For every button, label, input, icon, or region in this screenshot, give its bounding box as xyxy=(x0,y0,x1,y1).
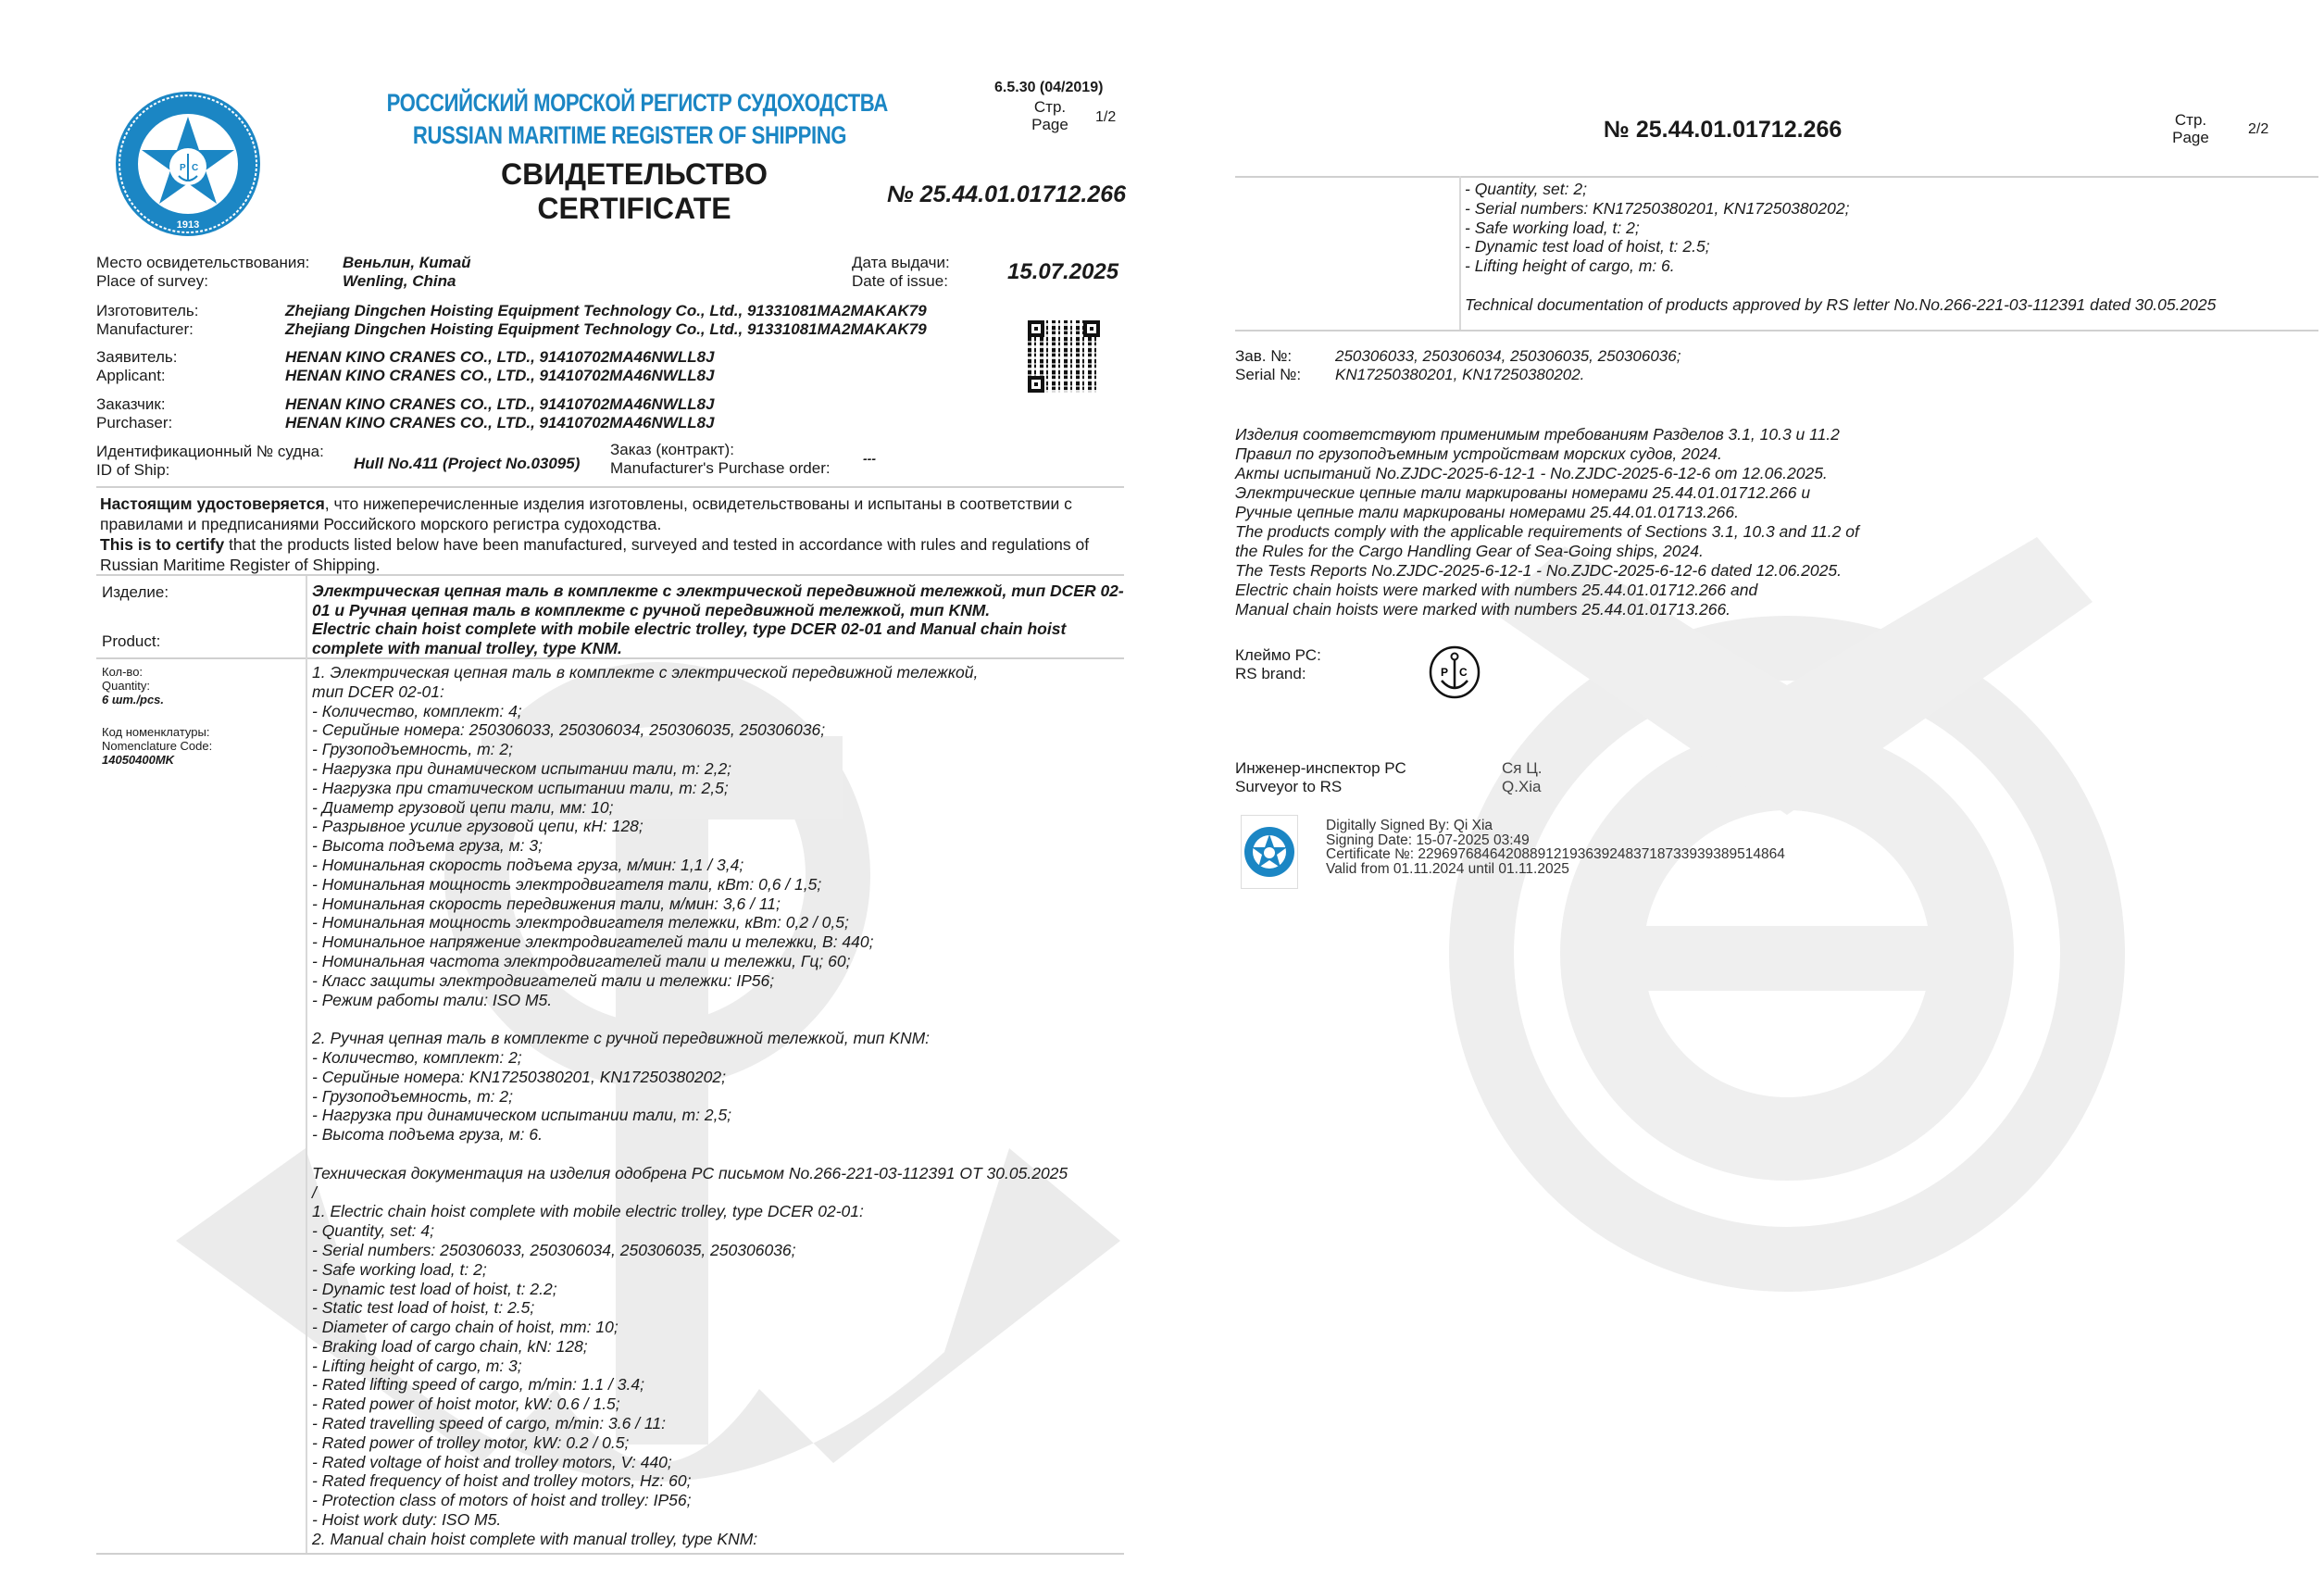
product-label-ru: Изделие: xyxy=(102,583,169,602)
list-item: - Protection class of motors of hoist an… xyxy=(312,1491,1068,1510)
list-item: - Нагрузка при динамическом испытании та… xyxy=(312,759,1068,779)
rs-logo-icon: Р С 1913 xyxy=(113,89,263,239)
doc-title-ru: СВИДЕТЕЛЬСТВО xyxy=(449,157,819,192)
list-item: - Quantity, set: 4; xyxy=(312,1221,1068,1241)
page-label-2: Стр. Page xyxy=(2163,111,2218,146)
product-details-list-page-2: - Quantity, set: 2;- Serial numbers: KN1… xyxy=(1465,180,2216,315)
list-item: - Класс защиты электродвигателей тали и … xyxy=(312,971,1068,991)
certify-statement: Настоящим удостоверяется, что нижеперечи… xyxy=(100,494,1118,575)
list-item: - Serial numbers: 250306033, 250306034, … xyxy=(312,1241,1068,1260)
logo-watermark xyxy=(1389,519,2148,1296)
rs-brand-stamp-icon: Р С xyxy=(1428,645,1481,699)
list-item: - Номинальная мощность электродвигателя … xyxy=(312,875,1068,894)
applicant-value: HENAN KINO CRANES CO., LTD., 91410702MA4… xyxy=(285,348,715,385)
list-item: - Номинальная скорость подъема груза, м/… xyxy=(312,856,1068,875)
list-item: - Количество, комплект: 4; xyxy=(312,702,1068,721)
purchase-order-value: --- xyxy=(863,449,876,468)
serial-value: 250306033, 250306034, 250306035, 2503060… xyxy=(1335,347,1681,384)
list-item: - Грузоподъемность, т: 2; xyxy=(312,740,1068,759)
list-item: - Номинальная скорость передвижения тали… xyxy=(312,894,1068,914)
quantity-value: 6 шт./pcs. xyxy=(102,693,212,707)
rs-brand-label: Клеймо РС:RS brand: xyxy=(1235,646,1321,683)
purchase-order-label: Заказ (контракт):Manufacturer's Purchase… xyxy=(610,441,831,478)
list-item: - Высота подъема груза, м: 3; xyxy=(312,836,1068,856)
ship-id-value: Hull No.411 (Project No.03095) xyxy=(354,455,580,473)
page-label-ru: Стр. xyxy=(1022,98,1078,116)
list-item: - Режим работы тали: ISO M5. xyxy=(312,991,1068,1010)
list-item: - Номинальная частота электродвигателей … xyxy=(312,952,1068,971)
divider xyxy=(96,486,1124,488)
doc-title-en: CERTIFICATE xyxy=(449,192,819,226)
quantity-block: Кол-во: Quantity: 6 шт./pcs. Код номенкл… xyxy=(102,665,212,767)
list-item: - Quantity, set: 2; xyxy=(1465,180,2216,199)
column-divider xyxy=(306,576,307,1553)
svg-text:Р: Р xyxy=(180,163,186,173)
certificate-number: № 25.44.01.01712.266 xyxy=(887,181,1126,208)
nomenclature-label-ru: Код номенклатуры: xyxy=(102,725,212,739)
list-item: - Rated frequency of hoist and trolley m… xyxy=(312,1471,1068,1491)
list-item xyxy=(1465,276,2216,295)
list-item: 2. Manual chain hoist complete with manu… xyxy=(312,1530,1068,1549)
list-item: Ручные цепные тали маркированы номерами … xyxy=(1235,503,1859,522)
divider xyxy=(96,574,1124,576)
manufacturer-value: Zhejiang Dingchen Hoisting Equipment Tec… xyxy=(285,302,927,339)
page-label-en: Page xyxy=(1022,116,1078,133)
list-item: Акты испытаний No.ZJDC-2025-6-12-1 - No.… xyxy=(1235,464,1859,483)
list-item: - Dynamic test load of hoist, t: 2.2; xyxy=(312,1280,1068,1299)
list-item: - Нагрузка при статическом испытании тал… xyxy=(312,779,1068,798)
nomenclature-label-en: Nomenclature Code: xyxy=(102,739,212,753)
list-item: - Разрывное усилие грузовой цепи, кН: 12… xyxy=(312,817,1068,836)
list-item: - Rated lifting speed of cargo, m/min: 1… xyxy=(312,1375,1068,1395)
org-name-ru: РОССИЙСКИЙ МОРСКОЙ РЕГИСТР СУДОХОДСТВА xyxy=(387,89,873,118)
list-item: - Номинальная мощность электродвигателя … xyxy=(312,913,1068,932)
compliance-statement: Изделия соответствуют применимым требова… xyxy=(1235,425,1859,619)
list-item: Technical documentation of products appr… xyxy=(1465,295,2216,315)
surveyor-label: Инженер-инспектор РСSurveyor to RS xyxy=(1235,759,1406,796)
list-item: / xyxy=(312,1183,1068,1203)
divider xyxy=(1235,176,2318,178)
list-item: - Serial numbers: KN17250380201, KN17250… xyxy=(1465,199,2216,219)
divider xyxy=(96,657,1124,659)
purchaser-value: HENAN KINO CRANES CO., LTD., 91410702MA4… xyxy=(285,395,715,432)
quantity-label-ru: Кол-во: xyxy=(102,665,212,679)
list-item: - Braking load of cargo chain, kN: 128; xyxy=(312,1337,1068,1357)
list-item: - Dynamic test load of hoist, t: 2.5; xyxy=(1465,237,2216,256)
list-item: - Rated voltage of hoist and trolley mot… xyxy=(312,1453,1068,1472)
list-item: - Hoist work duty: ISO M5. xyxy=(312,1510,1068,1530)
list-item: - Lifting height of cargo, m: 3; xyxy=(312,1357,1068,1376)
list-item: - Rated power of hoist motor, kW: 0.6 / … xyxy=(312,1395,1068,1414)
list-item: Правил по грузоподъемным устройствам мор… xyxy=(1235,444,1859,464)
list-item: 1. Электрическая цепная таль в комплекте… xyxy=(312,663,1068,682)
list-item xyxy=(312,1009,1068,1029)
applicant-label: Заявитель:Applicant: xyxy=(96,348,177,385)
list-item: - Lifting height of cargo, m: 6. xyxy=(1465,256,2216,276)
nomenclature-value: 14050400MK xyxy=(102,753,212,767)
product-label-en: Product: xyxy=(102,632,160,651)
serial-label: Зав. №:Serial №: xyxy=(1235,347,1301,384)
org-name-en: RUSSIAN MARITIME REGISTER OF SHIPPING xyxy=(387,121,873,150)
svg-text:С: С xyxy=(192,163,198,173)
list-item: - Нагрузка при динамическом испытании та… xyxy=(312,1106,1068,1125)
product-details-list: 1. Электрическая цепная таль в комплекте… xyxy=(312,663,1068,1549)
list-item: - Safe working load, t: 2; xyxy=(1465,219,2216,238)
list-item: Manual chain hoists were marked with num… xyxy=(1235,600,1859,619)
date-of-issue-label: Дата выдачи:Date of issue: xyxy=(852,254,950,291)
page-number: 1/2 xyxy=(1095,109,1116,126)
place-of-survey-label: Место освидетельствования:Place of surve… xyxy=(96,254,309,291)
list-item: Electric chain hoists were marked with n… xyxy=(1235,581,1859,600)
rs-seal-icon xyxy=(1241,815,1298,889)
ship-id-label: Идентификационный № судна:ID of Ship: xyxy=(96,443,324,480)
surveyor-name: Ся Ц.Q.Xia xyxy=(1502,759,1543,796)
list-item: - Высота подъема груза, м: 6. xyxy=(312,1125,1068,1144)
list-item: - Диаметр грузовой цепи тали, мм: 10; xyxy=(312,798,1068,818)
list-item: The products comply with the applicable … xyxy=(1235,522,1859,542)
list-item: - Diameter of cargo chain of hoist, mm: … xyxy=(312,1318,1068,1337)
list-item: 2. Ручная цепная таль в комплекте с ручн… xyxy=(312,1029,1068,1048)
form-code: 6.5.30 (04/2019) xyxy=(994,80,1103,96)
list-item: - Rated travelling speed of cargo, m/min… xyxy=(312,1414,1068,1433)
divider xyxy=(1235,330,2318,331)
divider xyxy=(96,1553,1124,1555)
list-item: Техническая документация на изделия одоб… xyxy=(312,1164,1068,1183)
svg-text:1913: 1913 xyxy=(177,219,199,231)
certificate-number-page-2: № 25.44.01.01712.266 xyxy=(1604,117,1842,144)
list-item: The Tests Reports No.ZJDC-2025-6-12-1 - … xyxy=(1235,561,1859,581)
signature-details: Digitally Signed By: Qi Xia Signing Date… xyxy=(1326,819,1785,876)
list-item: the Rules for the Cargo Handling Gear of… xyxy=(1235,542,1859,561)
page-label: Стр. Page xyxy=(1022,98,1078,133)
list-item: 1. Electric chain hoist complete with mo… xyxy=(312,1202,1068,1221)
list-item: - Серийные номера: KN17250380201, KN1725… xyxy=(312,1068,1068,1087)
list-item: Изделия соответствуют применимым требова… xyxy=(1235,425,1859,444)
place-of-survey-value: Веньлин, КитайWenling, China xyxy=(343,254,471,291)
product-value: Электрическая цепная таль в комплекте с … xyxy=(312,582,1127,657)
list-item: Электрические цепные тали маркированы но… xyxy=(1235,483,1859,503)
list-item: - Серийные номера: 250306033, 250306034,… xyxy=(312,720,1068,740)
list-item xyxy=(312,1144,1068,1164)
list-item: - Rated power of trolley motor, kW: 0.2 … xyxy=(312,1433,1068,1453)
column-divider xyxy=(1459,176,1461,331)
svg-text:Р: Р xyxy=(1441,666,1448,679)
list-item: - Safe working load, t: 2; xyxy=(312,1260,1068,1280)
quantity-label-en: Quantity: xyxy=(102,679,212,693)
manufacturer-label: Изготовитель:Manufacturer: xyxy=(96,302,198,339)
svg-text:С: С xyxy=(1459,666,1468,679)
list-item: - Грузоподъемность, т: 2; xyxy=(312,1087,1068,1107)
list-item: - Номинальное напряжение электродвигател… xyxy=(312,932,1068,952)
page-number-2: 2/2 xyxy=(2248,121,2268,138)
list-item: - Static test load of hoist, t: 2.5; xyxy=(312,1298,1068,1318)
qr-code[interactable] xyxy=(1028,320,1100,393)
date-of-issue-value: 15.07.2025 xyxy=(1007,259,1118,285)
purchaser-label: Заказчик:Purchaser: xyxy=(96,395,172,432)
list-item: - Количество, комплект: 2; xyxy=(312,1048,1068,1068)
list-item: тип DCER 02-01: xyxy=(312,682,1068,702)
